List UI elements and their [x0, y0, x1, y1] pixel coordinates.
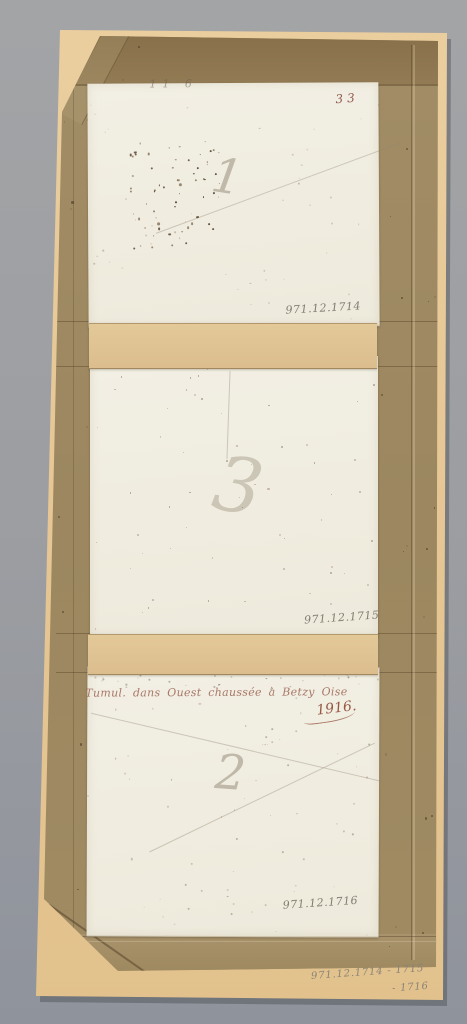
foxing-cluster [128, 141, 224, 256]
scratch-line [91, 713, 383, 782]
accession-number-2: 971.12.1715 [304, 608, 380, 626]
tape-strip-1 [89, 323, 377, 369]
scratch-line [149, 743, 375, 853]
tape-strip-2 [88, 634, 378, 675]
photo-verso-panel-2: 3 971.12.1715 [90, 356, 378, 637]
accession-number-1: 971.12.1714 [285, 299, 361, 316]
archival-scan: 11 6 33 1 971.12.1714 3 971.12.1715 Tumu… [0, 0, 467, 1024]
caption-year-underline [303, 706, 356, 726]
scratch-line [226, 371, 230, 459]
accession-number-3: 971.12.1716 [282, 894, 358, 912]
caption-text: Tumul. dans Ouest chaussée à Betzy Oise [85, 685, 347, 699]
pencil-sketch-mark-2: 3 [208, 444, 269, 527]
pencil-sketch-mark-3: 2 [213, 748, 247, 798]
page-number: 33 [335, 91, 359, 107]
photo-verso-panel-3: Tumul. dans Ouest chaussée à Betzy Oise … [87, 666, 380, 937]
photo-verso-panel-1: 11 6 33 1 971.12.1714 [87, 82, 379, 328]
